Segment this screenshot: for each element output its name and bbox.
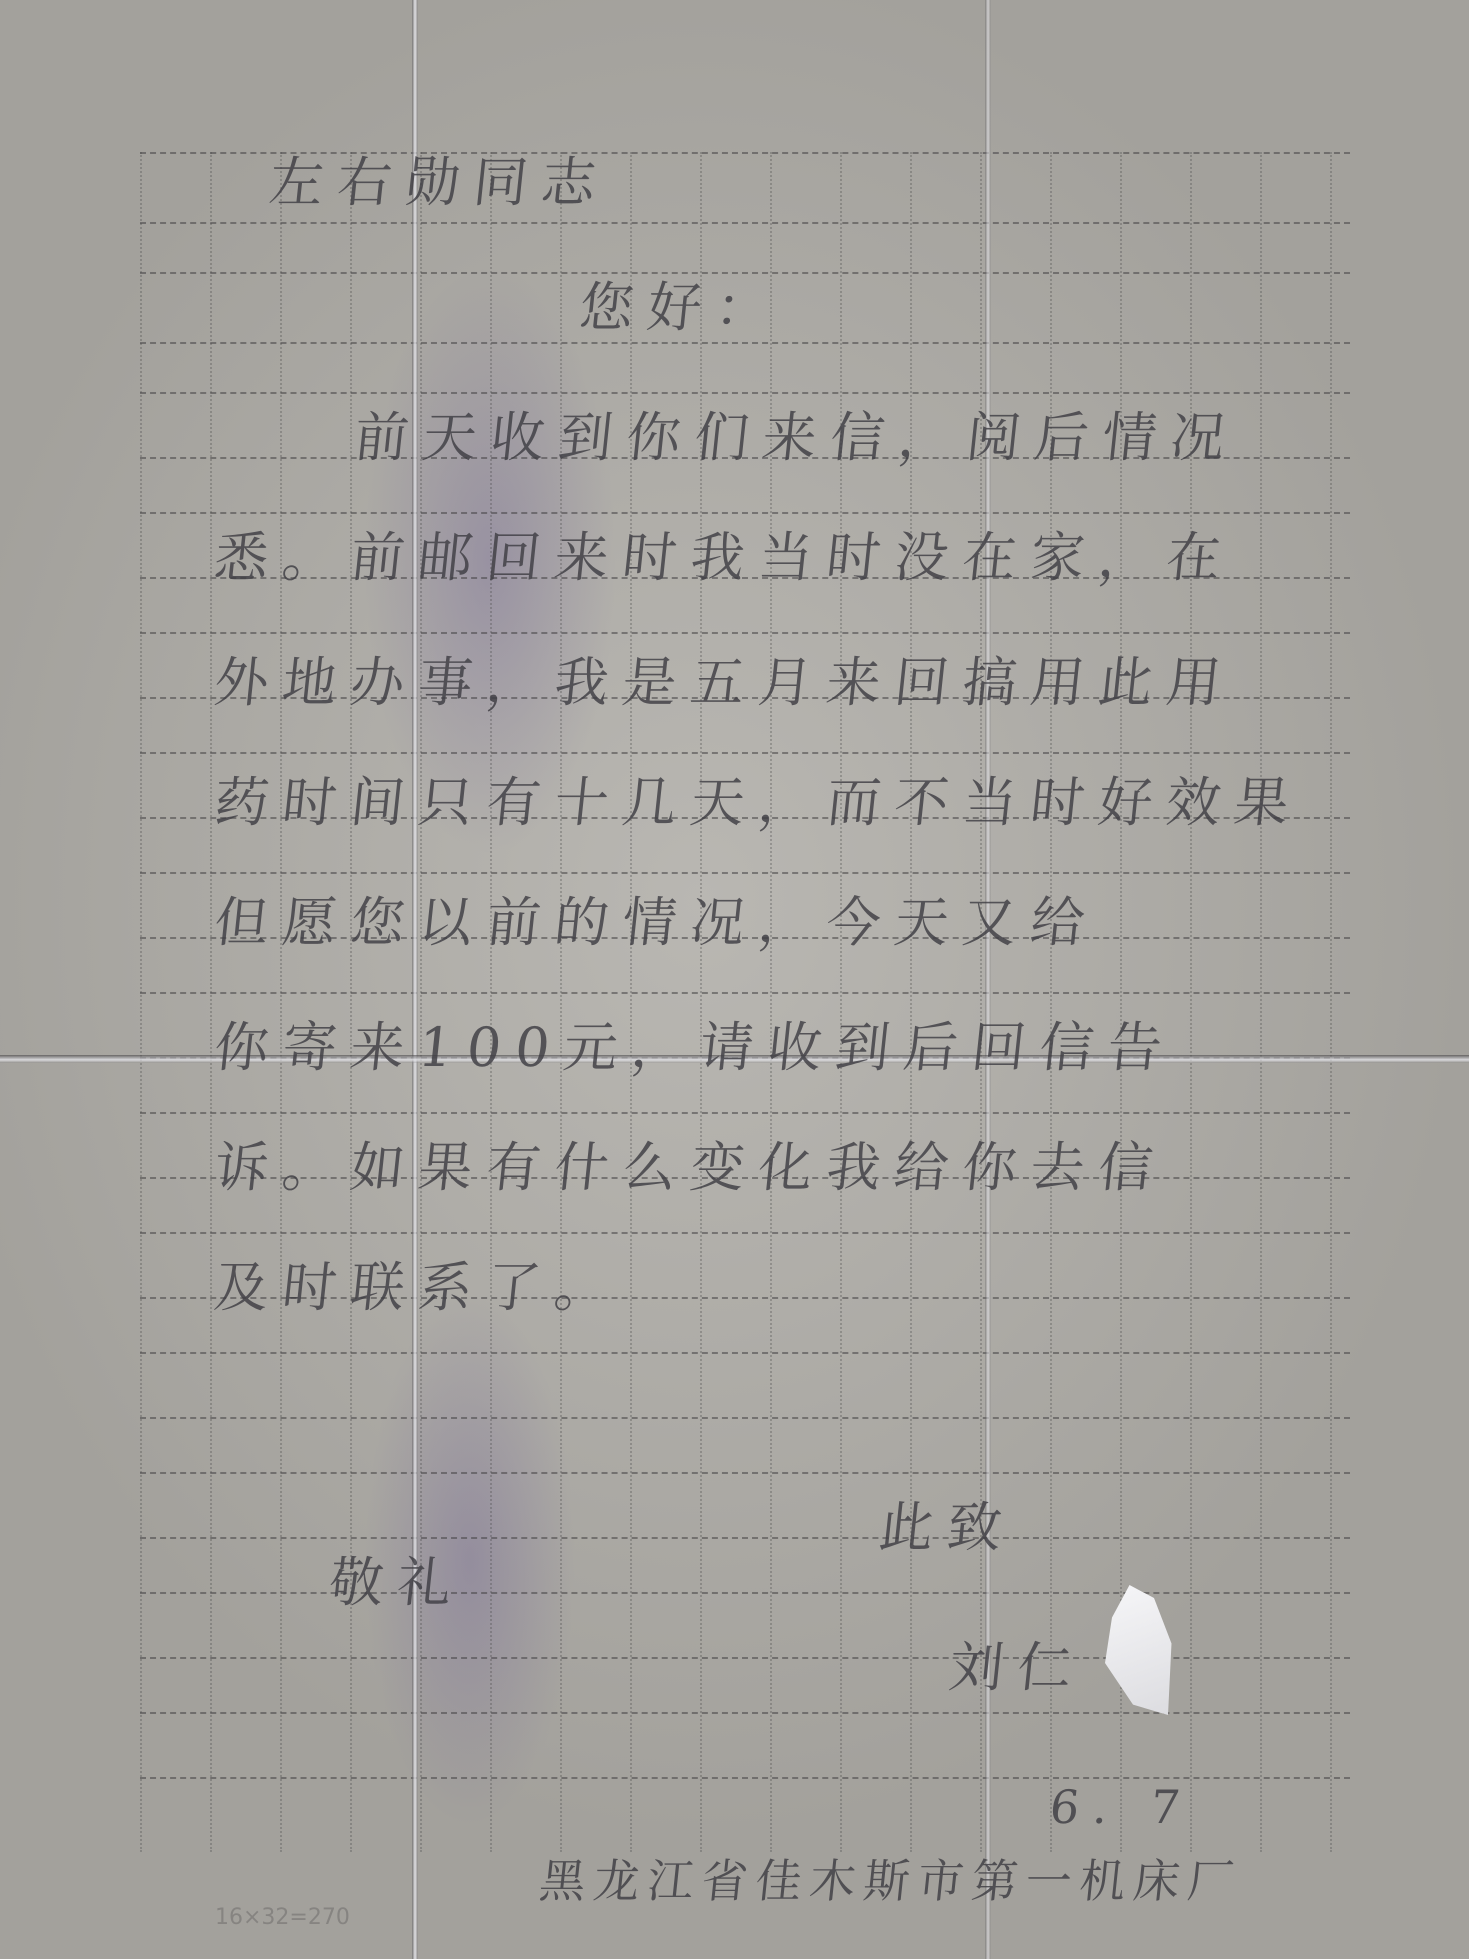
closing-phrase: 此致 [876,1485,1020,1562]
grid-line [140,1777,1350,1779]
grid-column [210,152,212,1852]
grid-column [140,152,142,1852]
letter-sheet: 左右勋同志 您好： 前天收到你们来信，阅后情况 悉。前邮回来时我当时没在家，在 … [0,0,1469,1959]
grid-column [1330,152,1332,1852]
grid-line [140,872,1350,874]
grid-line [140,1112,1350,1114]
greeting: 您好： [576,265,788,342]
grid-line [140,222,1350,224]
salutation: 左右勋同志 [266,140,614,217]
grid-line [140,1232,1350,1234]
body-line: 但愿您以前的情况，今天又给 [211,880,1103,957]
body-line: 前天收到你们来信，阅后情况 [351,395,1243,472]
body-line: 药时间只有十几天，而不当时好效果 [211,760,1307,837]
grid-line [140,752,1350,754]
grid-line [140,632,1350,634]
date: 6. 7 [1047,1780,1196,1834]
grid-line [140,1537,1350,1539]
grid-column [1260,152,1262,1852]
salute-phrase: 敬礼 [326,1540,470,1617]
grid-line [140,1352,1350,1354]
grid-line [140,1417,1350,1419]
body-line: 外地办事，我是五月来回搞用此用 [211,640,1239,717]
grid-line [140,392,1350,394]
vertical-fold-crease [412,0,418,1959]
sender-address: 黑龙江省佳木斯市第一机床厂 [537,1845,1246,1911]
paper-spec-label: 16×32=270 [215,1905,350,1930]
grid-line [140,1592,1350,1594]
signature: 刘仁 [946,1625,1090,1702]
grid-line [140,342,1350,344]
grid-line [140,1712,1350,1714]
body-line: 悉。前邮回来时我当时没在家，在 [211,515,1239,592]
body-line: 诉。如果有什么变化我给你去信 [211,1125,1171,1202]
grid-line [140,992,1350,994]
body-line: 你寄来100元，请收到后回信告 [211,1005,1180,1082]
body-line: 及时联系了。 [211,1245,627,1322]
grid-line [140,1472,1350,1474]
grid-line [140,512,1350,514]
grid-column [280,152,282,1852]
